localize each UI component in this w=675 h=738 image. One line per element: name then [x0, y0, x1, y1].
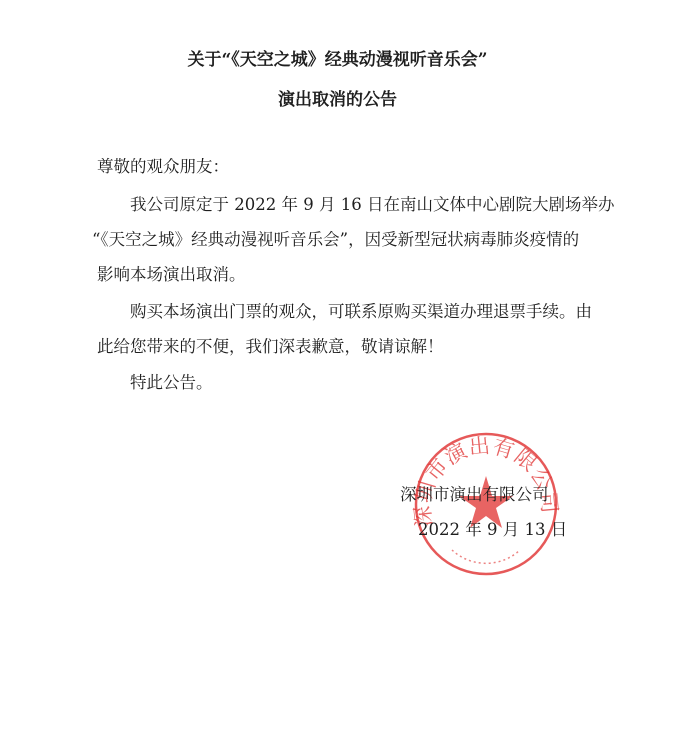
paragraph2-line1: 购买本场演出门票的观众，可联系原购买渠道办理退票手续。由 — [130, 302, 592, 322]
paragraph1-line3: 影响本场演出取消。 — [97, 265, 246, 285]
paragraph1-line2: “《天空之城》经典动漫视听音乐会”，因受新型冠状病毒肺炎疫情的 — [92, 230, 579, 250]
title-line-2: 演出取消的公告 — [0, 90, 675, 110]
paragraph2-line2: 此给您带来的不便，我们深表歉意，敬请谅解！ — [97, 337, 444, 357]
signature-company: 深圳市演出有限公司 — [400, 485, 549, 505]
closing: 特此公告。 — [130, 373, 213, 393]
title-line-1: 关于“《天空之城》经典动漫视听音乐会” — [0, 50, 675, 70]
greeting: 尊敬的观众朋友： — [97, 157, 229, 177]
paragraph1-line1: 我公司原定于 2022 年 9 月 16 日在南山文体中心剧院大剧场举办 — [130, 195, 614, 215]
signature-date: 2022 年 9 月 13 日 — [418, 520, 567, 540]
